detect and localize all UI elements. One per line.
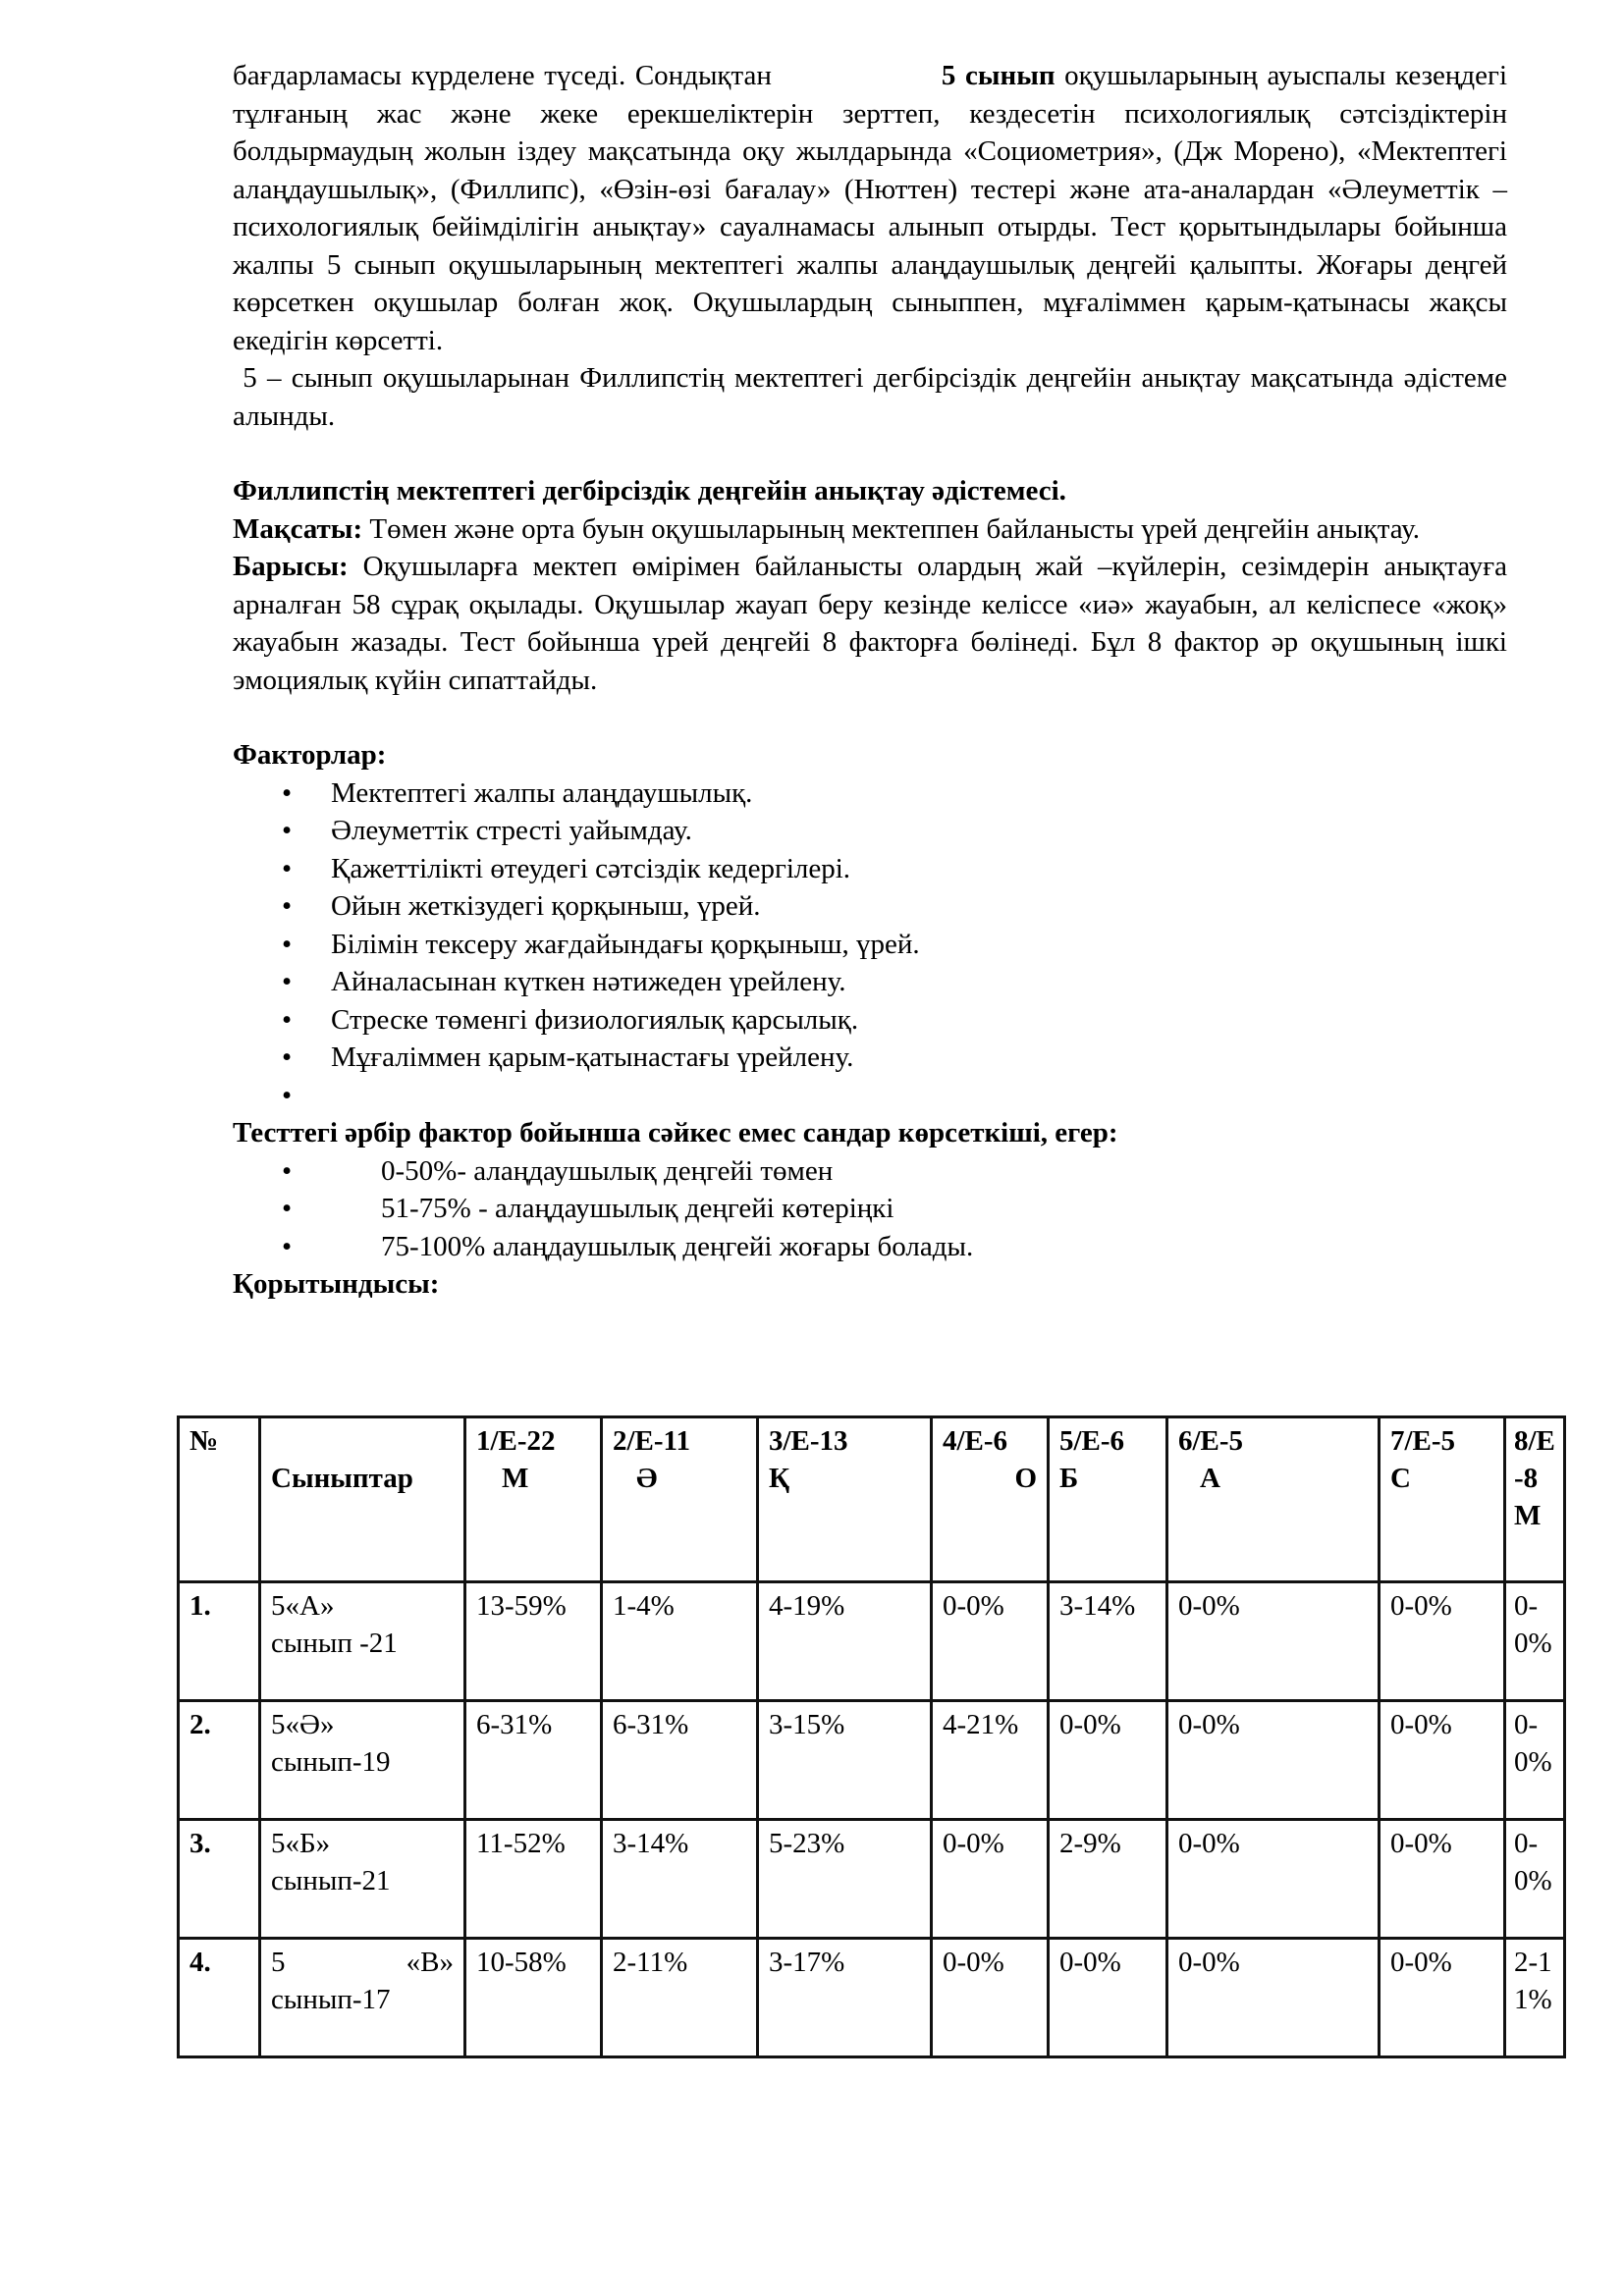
header-factor-5: 5/Е-6Б — [1049, 1417, 1167, 1582]
cell-factor-3: 3-17% — [758, 1939, 932, 2057]
table-row: 1.5«А»сынып -2113-59%1-4%4-19%0-0%3-14%0… — [179, 1582, 1565, 1701]
cell-factor-8: 2-11% — [1505, 1939, 1565, 2057]
cell-factor-2: 6-31% — [602, 1701, 758, 1820]
document-page: бағдарламасы күрделене түседі. Сондықтан… — [233, 57, 1507, 1304]
factor-item: •Ойын жеткізудегі қорқыныш, үрей. — [233, 887, 1507, 926]
cell-factor-4: 4-21% — [932, 1701, 1049, 1820]
factor-item: •Мектептегі жалпы алаңдаушылық. — [233, 774, 1507, 813]
table-row: 4.5«В»сынып-1710-58%2-11%3-17%0-0%0-0%0-… — [179, 1939, 1565, 2057]
row-number: 4. — [179, 1939, 260, 2057]
header-factor-1: 1/Е-22М — [465, 1417, 602, 1582]
cell-factor-4: 0-0% — [932, 1820, 1049, 1939]
cell-factor-1: 6-31% — [465, 1701, 602, 1820]
process-label: Барысы: — [233, 551, 349, 582]
table-row: 2.5«Ә»сынып-196-31%6-31%3-15%4-21%0-0%0-… — [179, 1701, 1565, 1820]
goal-label: Мақсаты: — [233, 513, 362, 545]
factor-item: •Мұғаліммен қарым-қатынастағы үрейлену. — [233, 1039, 1507, 1077]
results-title: Қорытындысы: — [233, 1265, 1507, 1304]
cell-factor-2: 1-4% — [602, 1582, 758, 1701]
bullet-icon: • — [282, 1228, 292, 1266]
bullet-icon: • — [282, 774, 292, 813]
cell-factor-3: 4-19% — [758, 1582, 932, 1701]
bullet-icon: • — [282, 887, 292, 926]
table-header-row: № Сыныптар 1/Е-22М 2/Е-11Ә 3/Е-13Қ 4/Е-6… — [179, 1417, 1565, 1582]
cell-factor-5: 0-0% — [1049, 1939, 1167, 2057]
row-number: 3. — [179, 1820, 260, 1939]
cell-factor-8: 0-0% — [1505, 1820, 1565, 1939]
method-title: Филлипстің мектептегі дегбірсіздік деңге… — [233, 472, 1507, 510]
cell-factor-2: 2-11% — [602, 1939, 758, 2057]
cell-factor-7: 0-0% — [1380, 1701, 1505, 1820]
process-text: Оқушыларға мектеп өмірімен байланысты ол… — [233, 551, 1507, 696]
cell-factor-1: 10-58% — [465, 1939, 602, 2057]
table-row: 3.5«Б»сынып-2111-52%3-14%5-23%0-0%2-9%0-… — [179, 1820, 1565, 1939]
row-class: 5«В»сынып-17 — [260, 1939, 465, 2057]
factor-item: • — [233, 1077, 1507, 1115]
row-class: 5«А»сынып -21 — [260, 1582, 465, 1701]
intro-bold-grade: 5 сынып — [942, 60, 1056, 91]
cell-factor-1: 11-52% — [465, 1820, 602, 1939]
factors-list: •Мектептегі жалпы алаңдаушылық.•Әлеуметт… — [233, 774, 1507, 1115]
factor-item: •Айналасынан күткен нәтижеден үрейлену. — [233, 963, 1507, 1001]
cell-factor-8: 0-0% — [1505, 1701, 1565, 1820]
header-classes: Сыныптар — [260, 1417, 465, 1582]
cell-factor-6: 0-0% — [1167, 1820, 1380, 1939]
header-factor-8: 8/Е-8М — [1505, 1417, 1565, 1582]
cell-factor-3: 5-23% — [758, 1820, 932, 1939]
bullet-icon: • — [282, 812, 292, 850]
bullet-icon: • — [282, 963, 292, 1001]
intro-paragraph: бағдарламасы күрделене түседі. Сондықтан… — [233, 57, 1507, 359]
criteria-item: •75-100% алаңдаушылық деңгейі жоғары бол… — [233, 1228, 1507, 1266]
factor-item: •Қажеттілікті өтеудегі сәтсіздік кедергі… — [233, 850, 1507, 888]
factor-item: •Стреске төменгі физиологиялық қарсылық. — [233, 1001, 1507, 1040]
header-factor-2: 2/Е-11Ә — [602, 1417, 758, 1582]
process-paragraph: Барысы: Оқушыларға мектеп өмірімен байла… — [233, 548, 1507, 699]
factor-item: •Әлеуметтік стресті уайымдау. — [233, 812, 1507, 850]
cell-factor-6: 0-0% — [1167, 1582, 1380, 1701]
bullet-icon: • — [282, 926, 292, 964]
cell-factor-7: 0-0% — [1380, 1582, 1505, 1701]
cell-factor-5: 0-0% — [1049, 1701, 1167, 1820]
factor-item: •Білімін тексеру жағдайындағы қорқыныш, … — [233, 926, 1507, 964]
cell-factor-5: 2-9% — [1049, 1820, 1167, 1939]
cell-factor-6: 0-0% — [1167, 1701, 1380, 1820]
row-number: 2. — [179, 1701, 260, 1820]
cell-factor-2: 3-14% — [602, 1820, 758, 1939]
intro-text-b: оқушыларының ауыспалы кезеңдегі тұлғаның… — [233, 60, 1507, 356]
goal-text: Төмен және орта буын оқушыларының мектеп… — [369, 513, 1420, 545]
criteria-item: •0-50%- алаңдаушылық деңгейі төмен — [233, 1152, 1507, 1191]
row-number: 1. — [179, 1582, 260, 1701]
header-factor-3: 3/Е-13Қ — [758, 1417, 932, 1582]
row-class: 5«Ә»сынып-19 — [260, 1701, 465, 1820]
cell-factor-7: 0-0% — [1380, 1820, 1505, 1939]
bullet-icon: • — [282, 1077, 292, 1115]
bullet-icon: • — [282, 1001, 292, 1040]
cell-factor-3: 3-15% — [758, 1701, 932, 1820]
criteria-title: Тесттегі әрбір фактор бойынша сәйкес еме… — [233, 1114, 1507, 1152]
header-number: № — [179, 1417, 260, 1582]
factors-title: Факторлар: — [233, 736, 1507, 774]
header-factor-6: 6/Е-5А — [1167, 1417, 1380, 1582]
header-factor-7: 7/Е-5С — [1380, 1417, 1505, 1582]
cell-factor-4: 0-0% — [932, 1582, 1049, 1701]
bullet-icon: • — [282, 850, 292, 888]
criteria-item: •51-75% - алаңдаушылық деңгейі көтеріңкі — [233, 1190, 1507, 1228]
cell-factor-8: 0-0% — [1505, 1582, 1565, 1701]
header-factor-4: 4/Е-6О — [932, 1417, 1049, 1582]
cell-factor-1: 13-59% — [465, 1582, 602, 1701]
results-table: № Сыныптар 1/Е-22М 2/Е-11Ә 3/Е-13Қ 4/Е-6… — [177, 1415, 1566, 2058]
cell-factor-5: 3-14% — [1049, 1582, 1167, 1701]
bullet-icon: • — [282, 1152, 292, 1191]
goal-paragraph: Мақсаты: Төмен және орта буын оқушыларын… — [233, 510, 1507, 549]
intro-paragraph-2: 5 – сынып оқушыларынан Филлипстің мектеп… — [233, 359, 1507, 435]
row-class: 5«Б»сынып-21 — [260, 1820, 465, 1939]
criteria-list: •0-50%- алаңдаушылық деңгейі төмен•51-75… — [233, 1152, 1507, 1266]
cell-factor-6: 0-0% — [1167, 1939, 1380, 2057]
intro-text-2: 5 – сынып оқушыларынан Филлипстің мектеп… — [233, 362, 1507, 432]
bullet-icon: • — [282, 1190, 292, 1228]
bullet-icon: • — [282, 1039, 292, 1077]
intro-text-a: бағдарламасы күрделене түседі. Сондықтан — [233, 60, 772, 91]
cell-factor-7: 0-0% — [1380, 1939, 1505, 2057]
cell-factor-4: 0-0% — [932, 1939, 1049, 2057]
